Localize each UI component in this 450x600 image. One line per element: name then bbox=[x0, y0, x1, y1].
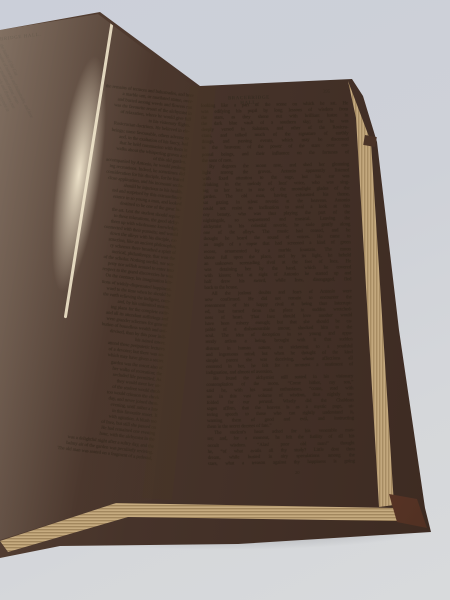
book-photo: BRIDGE HALL. the banks of the Gua the re… bbox=[0, 0, 450, 600]
page-number: 395 bbox=[323, 90, 330, 95]
cover-edge-notch bbox=[363, 135, 377, 147]
right-page-text-column: looking like a part of the scene on whic… bbox=[201, 101, 355, 468]
signature-mark: 20 bbox=[295, 470, 300, 475]
